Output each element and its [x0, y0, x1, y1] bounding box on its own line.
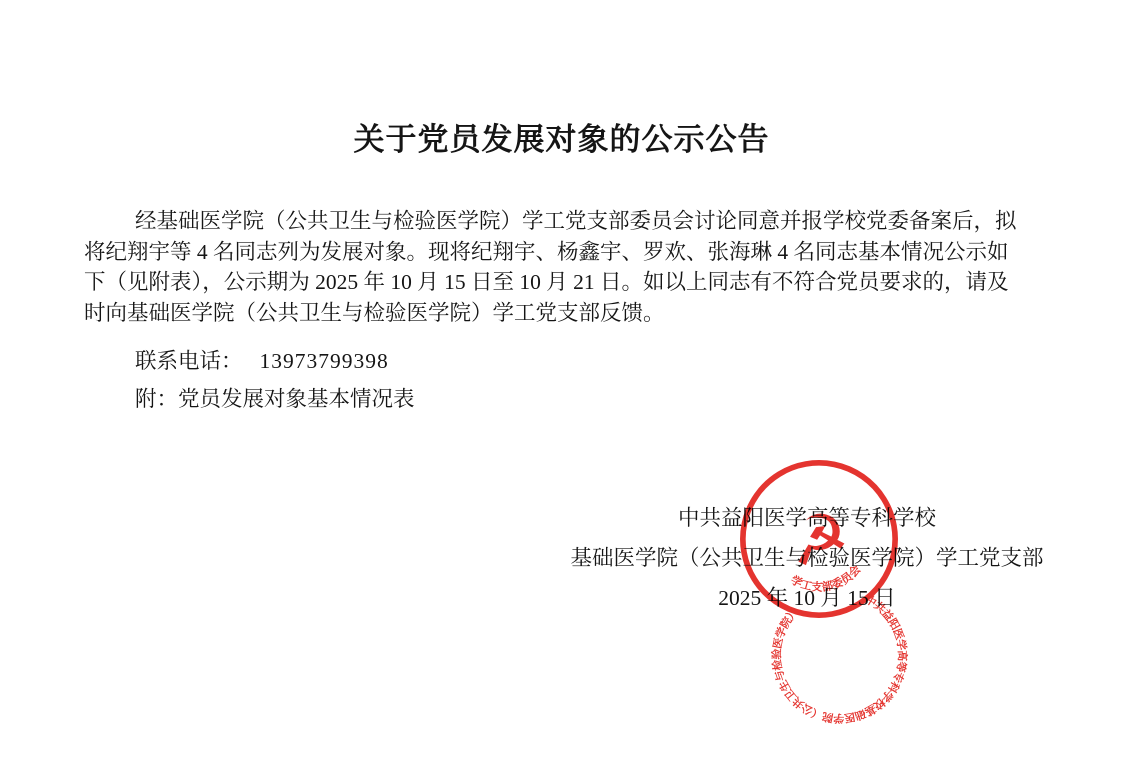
signature-org-line1: 中共益阳医学高等专科学校: [558, 498, 1056, 538]
contact-phone: 13973799398: [260, 349, 389, 373]
body-line: 下（见附表），公示期为 2025 年 10 月 15 日至 10 月 21 日。…: [84, 267, 1046, 298]
announcement-page: 关于党员发展对象的公示公告 经基础医学院（公共卫生与检验医学院）学工党支部委员会…: [0, 0, 1123, 779]
body-line: 时向基础医学院（公共卫生与检验医学院）学工党支部反馈。: [84, 298, 1046, 329]
signature-block: 中共益阳医学高等专科学校 基础医学院（公共卫生与检验医学院）学工党支部 2025…: [558, 498, 1056, 618]
body-paragraph: 经基础医学院（公共卫生与检验医学院）学工党支部委员会讨论同意并报学校党委备案后，…: [84, 206, 1046, 328]
signature-org-line2: 基础医学院（公共卫生与检验医学院）学工党支部: [558, 538, 1056, 578]
signature-date: 2025 年 10 月 15 日: [558, 578, 1056, 618]
body-line: 将纪翔宇等 4 名同志列为发展对象。现将纪翔宇、杨鑫宇、罗欢、张海琳 4 名同志…: [84, 237, 1046, 268]
page-title: 关于党员发展对象的公示公告: [0, 114, 1123, 159]
contact-line: 联系电话：13973799398: [135, 344, 389, 375]
attachment-note: 附：党员发展对象基本情况表: [135, 382, 415, 413]
body-line: 经基础医学院（公共卫生与检验医学院）学工党支部委员会讨论同意并报学校党委备案后，…: [84, 206, 1046, 237]
contact-label: 联系电话：: [135, 349, 243, 373]
